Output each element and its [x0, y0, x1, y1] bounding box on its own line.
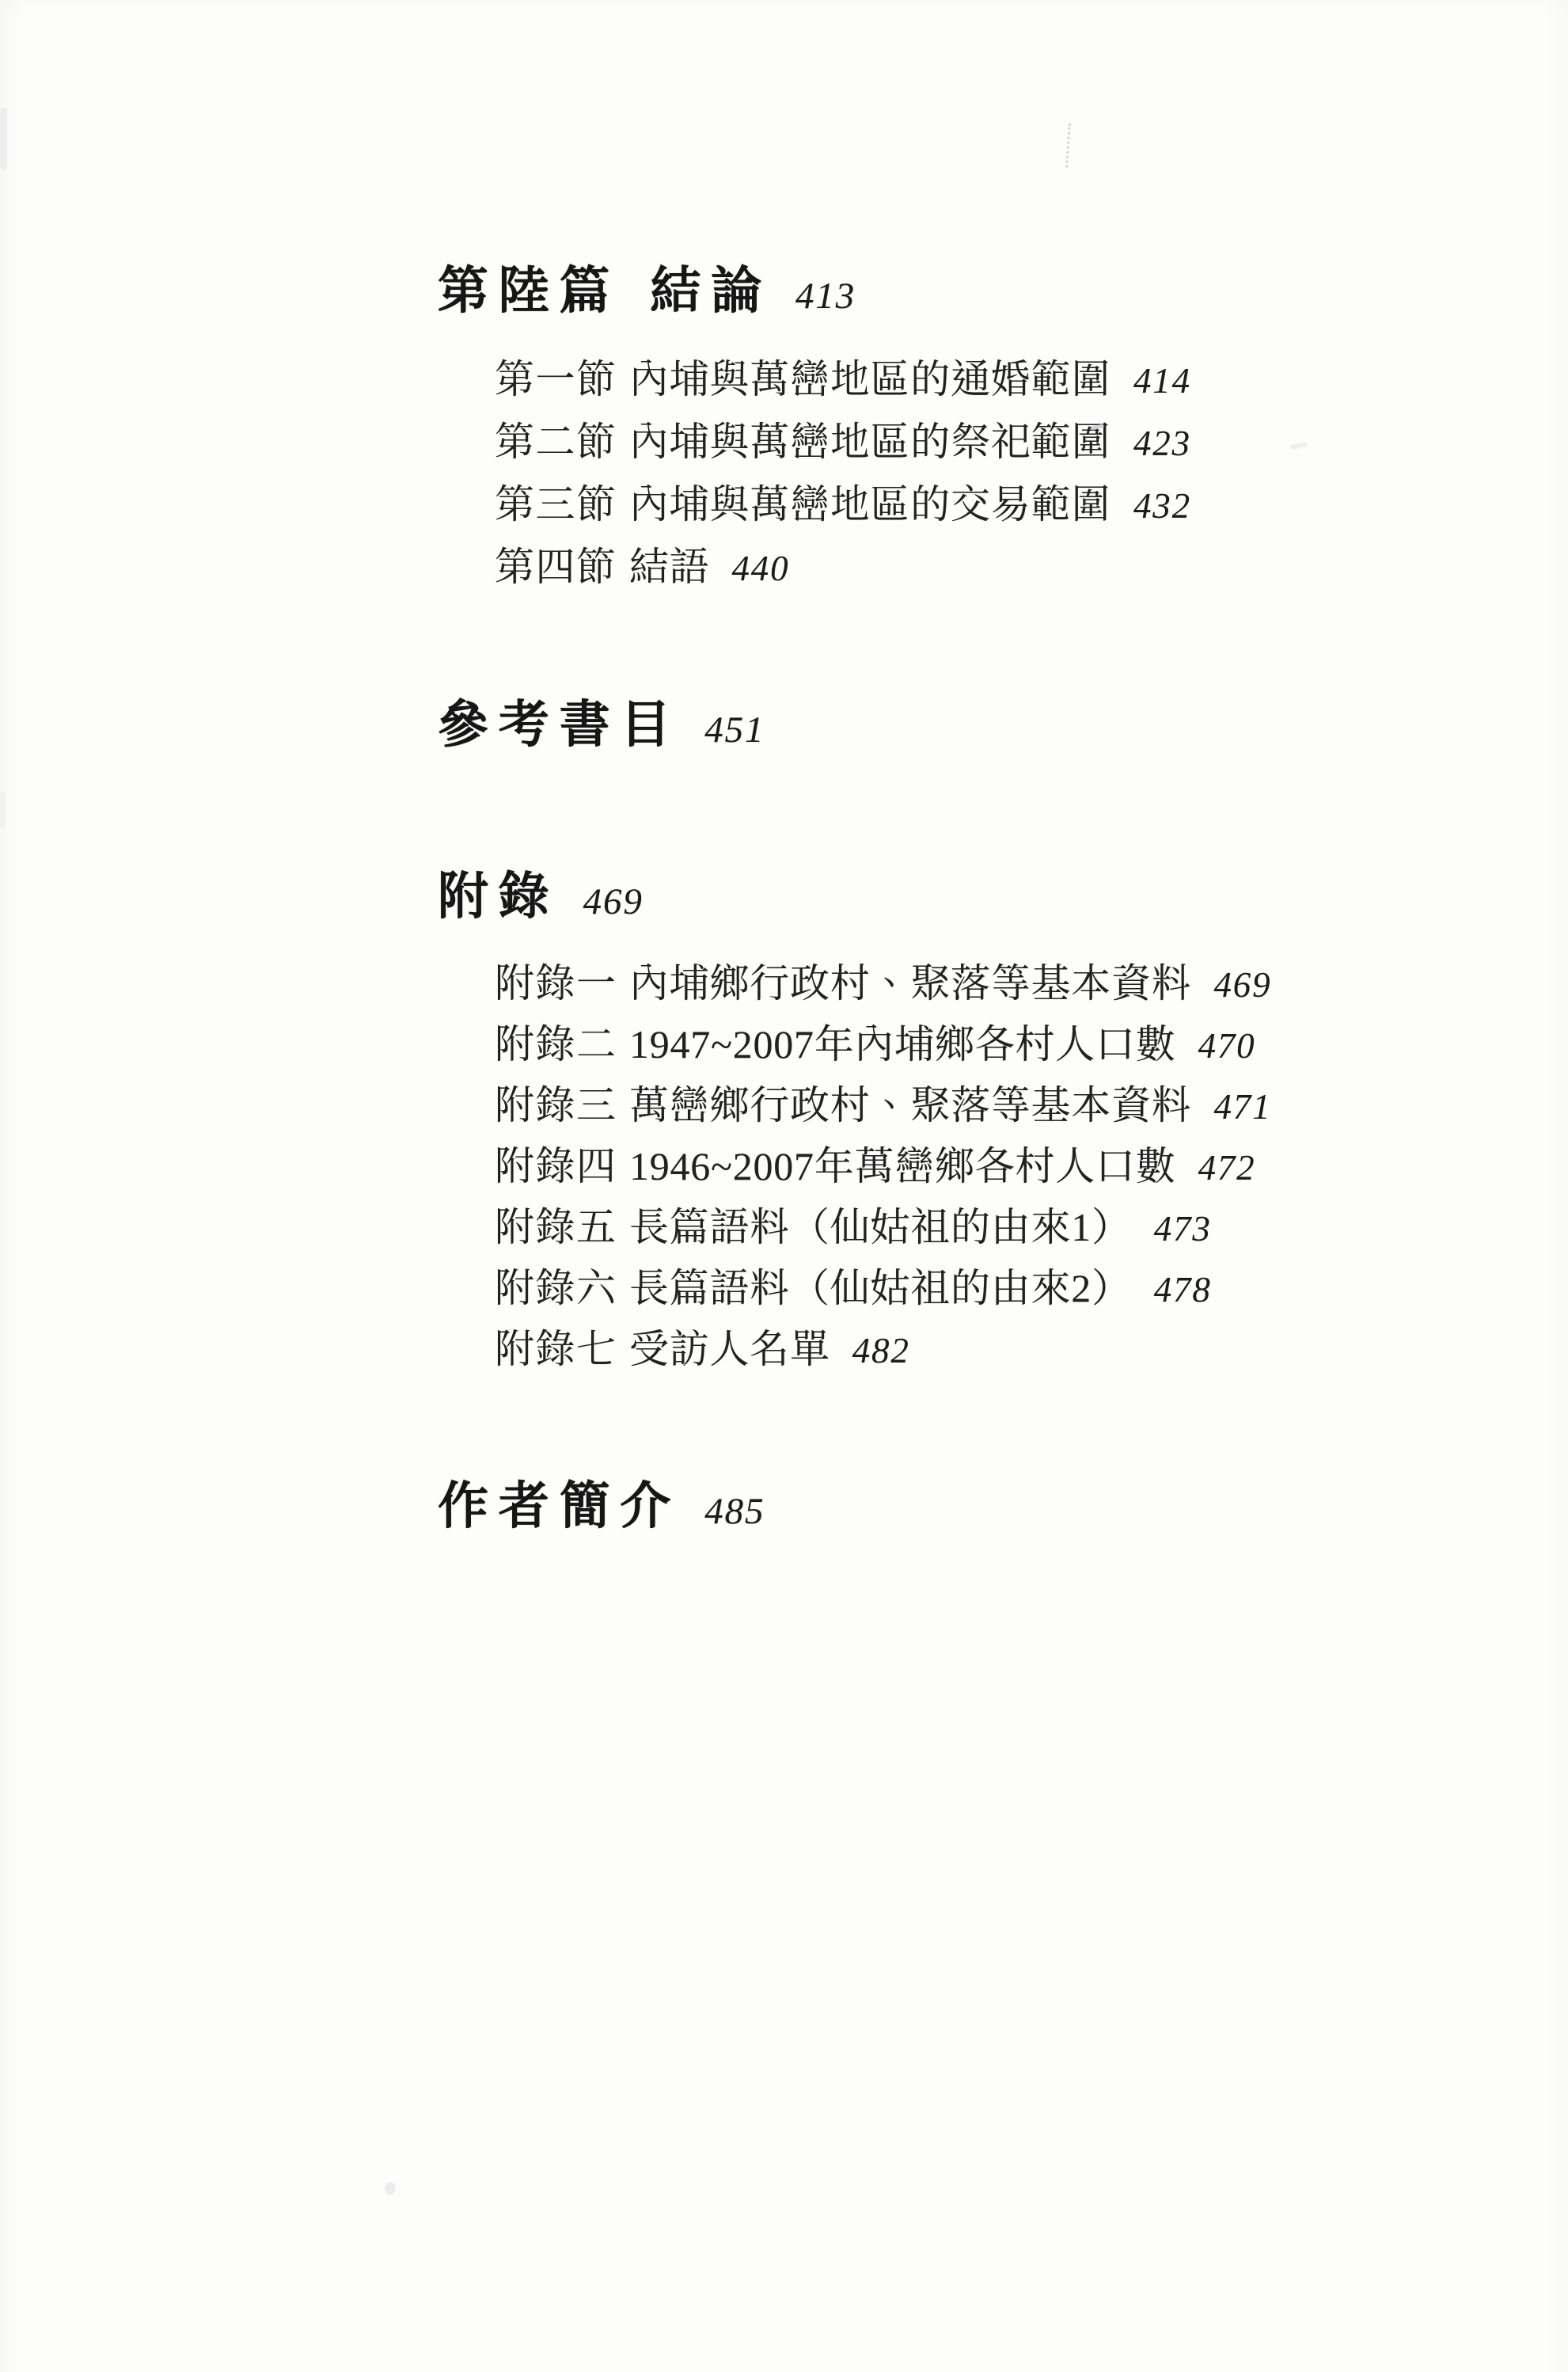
toc-entry-page-number: 423 [1133, 424, 1191, 463]
section-list: 第一節內埔與萬巒地區的通婚範圍414 第二節內埔與萬巒地區的祭祀範圍423 第三… [495, 349, 1191, 599]
toc-entry-section-3: 第三節內埔與萬巒地區的交易範圍432 [495, 474, 1191, 537]
toc-entry-label: 第三節 [495, 474, 629, 535]
appendix-heading: 附錄469 [438, 869, 644, 929]
bibliography-heading: 參考書目451 [438, 698, 765, 758]
scan-smudge-artifact [1290, 442, 1308, 450]
toc-entry-page-number: 478 [1154, 1270, 1212, 1310]
appendix-page-number: 469 [583, 881, 644, 922]
toc-entry-page-number: 432 [1133, 486, 1191, 526]
toc-entry-title: 長篇語料（仙姑祖的由來2） [629, 1266, 1132, 1310]
toc-entry-appendix-6: 附錄六長篇語料（仙姑祖的由來2）478 [495, 1259, 1271, 1320]
toc-entry-label: 附錄六 [495, 1259, 629, 1318]
author-intro-page-number: 485 [704, 1491, 765, 1532]
toc-entry-label: 第一節 [495, 349, 629, 410]
toc-entry-appendix-7: 附錄七受訪人名單482 [495, 1320, 1271, 1381]
scan-blot-artifact [385, 2182, 396, 2195]
toc-entry-page-number: 473 [1154, 1209, 1212, 1249]
toc-entry-title: 萬巒鄉行政村、聚落等基本資料 [629, 1083, 1192, 1127]
toc-entry-title: 1947~2007年內埔鄉各村人口數 [629, 1022, 1176, 1066]
toc-entry-title: 內埔鄉行政村、聚落等基本資料 [629, 961, 1192, 1005]
toc-entry-page-number: 440 [732, 549, 790, 588]
toc-entry-title: 內埔與萬巒地區的交易範圍 [629, 482, 1111, 526]
appendix-heading-title: 附錄 [438, 869, 560, 925]
toc-entry-label: 附錄三 [495, 1076, 629, 1135]
toc-entry-page-number: 472 [1198, 1148, 1256, 1188]
toc-entry-label: 附錄七 [495, 1320, 629, 1379]
bibliography-heading-title: 參考書目 [438, 697, 681, 753]
toc-entry-appendix-3: 附錄三萬巒鄉行政村、聚落等基本資料471 [495, 1076, 1271, 1137]
scan-edge-smudge-artifact [0, 792, 6, 828]
toc-entry-page-number: 482 [852, 1331, 910, 1370]
part-heading-page-number: 413 [795, 276, 856, 317]
toc-entry-label: 附錄五 [495, 1198, 629, 1257]
scanned-toc-page: 第陸篇結論413 第一節內埔與萬巒地區的通婚範圍414 第二節內埔與萬巒地區的祭… [0, 0, 1568, 2372]
part-heading-label: 第陸篇 [438, 263, 620, 319]
toc-entry-label: 附錄四 [495, 1137, 629, 1196]
author-intro-heading-title: 作者簡介 [438, 1478, 681, 1534]
author-intro-heading: 作者簡介485 [438, 1479, 765, 1539]
part-heading: 第陸篇結論413 [438, 264, 856, 324]
toc-entry-page-number: 469 [1214, 965, 1272, 1005]
toc-entry-page-number: 470 [1198, 1026, 1256, 1066]
part-heading-title: 結論 [650, 263, 772, 319]
toc-entry-section-1: 第一節內埔與萬巒地區的通婚範圍414 [495, 349, 1191, 412]
toc-entry-label: 第二節 [495, 412, 629, 473]
toc-entry-title: 1946~2007年萬巒鄉各村人口數 [629, 1144, 1176, 1188]
toc-entry-title: 內埔與萬巒地區的祭祀範圍 [629, 420, 1111, 464]
scan-edge-smudge-artifact [0, 108, 7, 169]
appendix-list: 附錄一內埔鄉行政村、聚落等基本資料469 附錄二1947~2007年內埔鄉各村人… [495, 954, 1271, 1381]
toc-entry-page-number: 471 [1214, 1087, 1272, 1127]
toc-entry-appendix-5: 附錄五長篇語料（仙姑祖的由來1）473 [495, 1198, 1271, 1259]
toc-entry-title: 內埔與萬巒地區的通婚範圍 [629, 357, 1111, 401]
toc-entry-title: 結語 [629, 545, 710, 589]
scan-speckle-artifact [1065, 124, 1077, 169]
toc-entry-title: 長篇語料（仙姑祖的由來1） [629, 1205, 1132, 1249]
bibliography-page-number: 451 [704, 709, 765, 751]
toc-entry-page-number: 414 [1133, 361, 1191, 401]
toc-entry-label: 附錄一 [495, 954, 629, 1013]
toc-entry-appendix-1: 附錄一內埔鄉行政村、聚落等基本資料469 [495, 954, 1271, 1015]
toc-entry-appendix-2: 附錄二1947~2007年內埔鄉各村人口數470 [495, 1015, 1271, 1076]
toc-entry-section-4: 第四節結語440 [495, 537, 1191, 599]
toc-entry-label: 第四節 [495, 537, 629, 598]
toc-entry-appendix-4: 附錄四1946~2007年萬巒鄉各村人口數472 [495, 1137, 1271, 1198]
toc-entry-label: 附錄二 [495, 1015, 629, 1074]
toc-entry-title: 受訪人名單 [629, 1327, 830, 1371]
toc-entry-section-2: 第二節內埔與萬巒地區的祭祀範圍423 [495, 412, 1191, 474]
